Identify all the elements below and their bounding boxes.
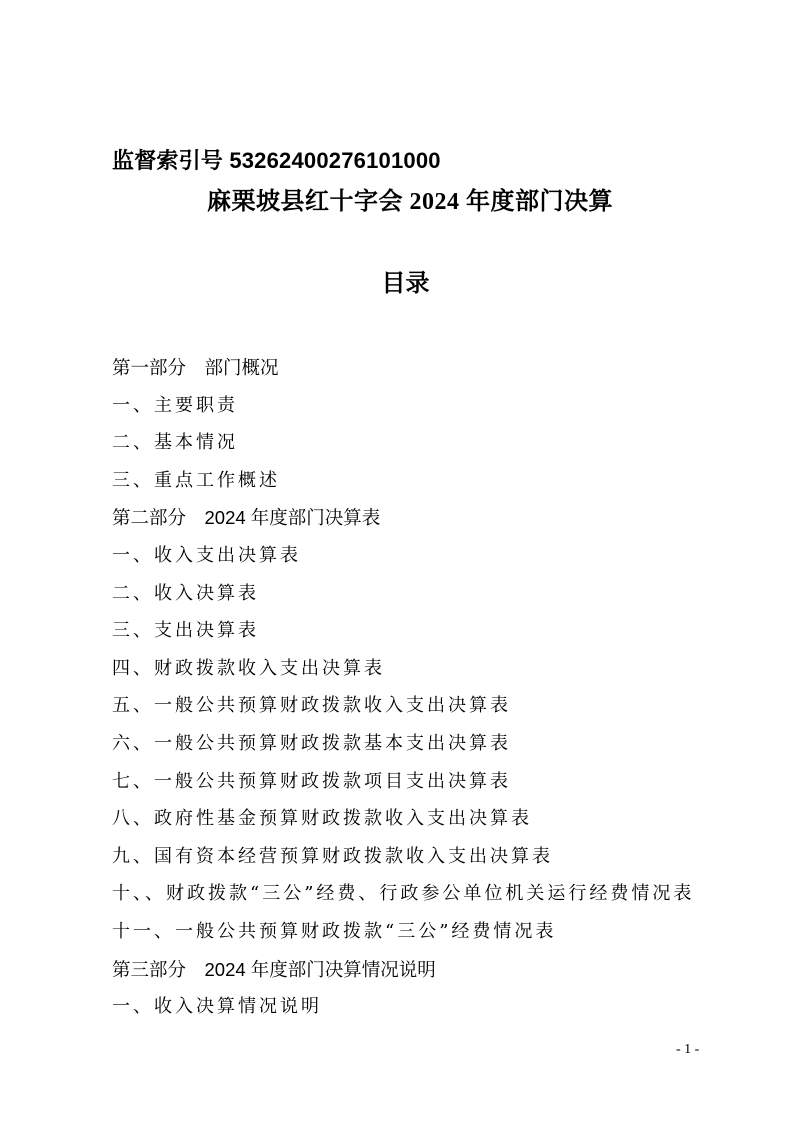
toc-heading: 目录 — [0, 268, 793, 300]
toc-part-2: 第二部分 2024 年度部门决算表 — [112, 502, 694, 540]
toc-entry: 一、收入支出决算表 — [112, 540, 694, 578]
document-title: 麻栗坡县红十字会 2024 年度部门决算 — [207, 186, 613, 218]
toc-entry: 八、政府性基金预算财政拨款收入支出决算表 — [112, 803, 694, 841]
table-of-contents: 第一部分 部门概况 一、主要职责 二、基本情况 三、重点工作概述 第二部分 20… — [112, 352, 694, 1029]
toc-entry: 十、、财政拨款“三公”经费、行政参公单位机关运行经费情况表 — [112, 878, 694, 916]
toc-entry: 二、收入决算表 — [112, 578, 694, 616]
toc-entry: 一、收入决算情况说明 — [112, 991, 694, 1029]
toc-entry: 十一、一般公共预算财政拨款“三公”经费情况表 — [112, 916, 694, 954]
toc-entry: 六、一般公共预算财政拨款基本支出决算表 — [112, 728, 694, 766]
toc-entry: 二、基本情况 — [112, 427, 694, 465]
toc-entry: 九、国有资本经营预算财政拨款收入支出决算表 — [112, 841, 694, 879]
supervision-index-number: 监督索引号 53262400276101000 — [112, 146, 441, 176]
toc-part-1: 第一部分 部门概况 — [112, 352, 694, 390]
toc-entry: 四、财政拨款收入支出决算表 — [112, 653, 694, 691]
toc-entry: 三、重点工作概述 — [112, 465, 694, 503]
toc-entry: 一、主要职责 — [112, 390, 694, 428]
toc-entry: 五、一般公共预算财政拨款收入支出决算表 — [112, 690, 694, 728]
toc-part-3: 第三部分 2024 年度部门决算情况说明 — [112, 954, 694, 992]
document-page: 监督索引号 53262400276101000 麻栗坡县红十字会 2024 年度… — [0, 0, 793, 1122]
page-number: - 1 - — [676, 1040, 699, 1060]
toc-entry: 三、支出决算表 — [112, 615, 694, 653]
toc-entry: 七、一般公共预算财政拨款项目支出决算表 — [112, 766, 694, 804]
